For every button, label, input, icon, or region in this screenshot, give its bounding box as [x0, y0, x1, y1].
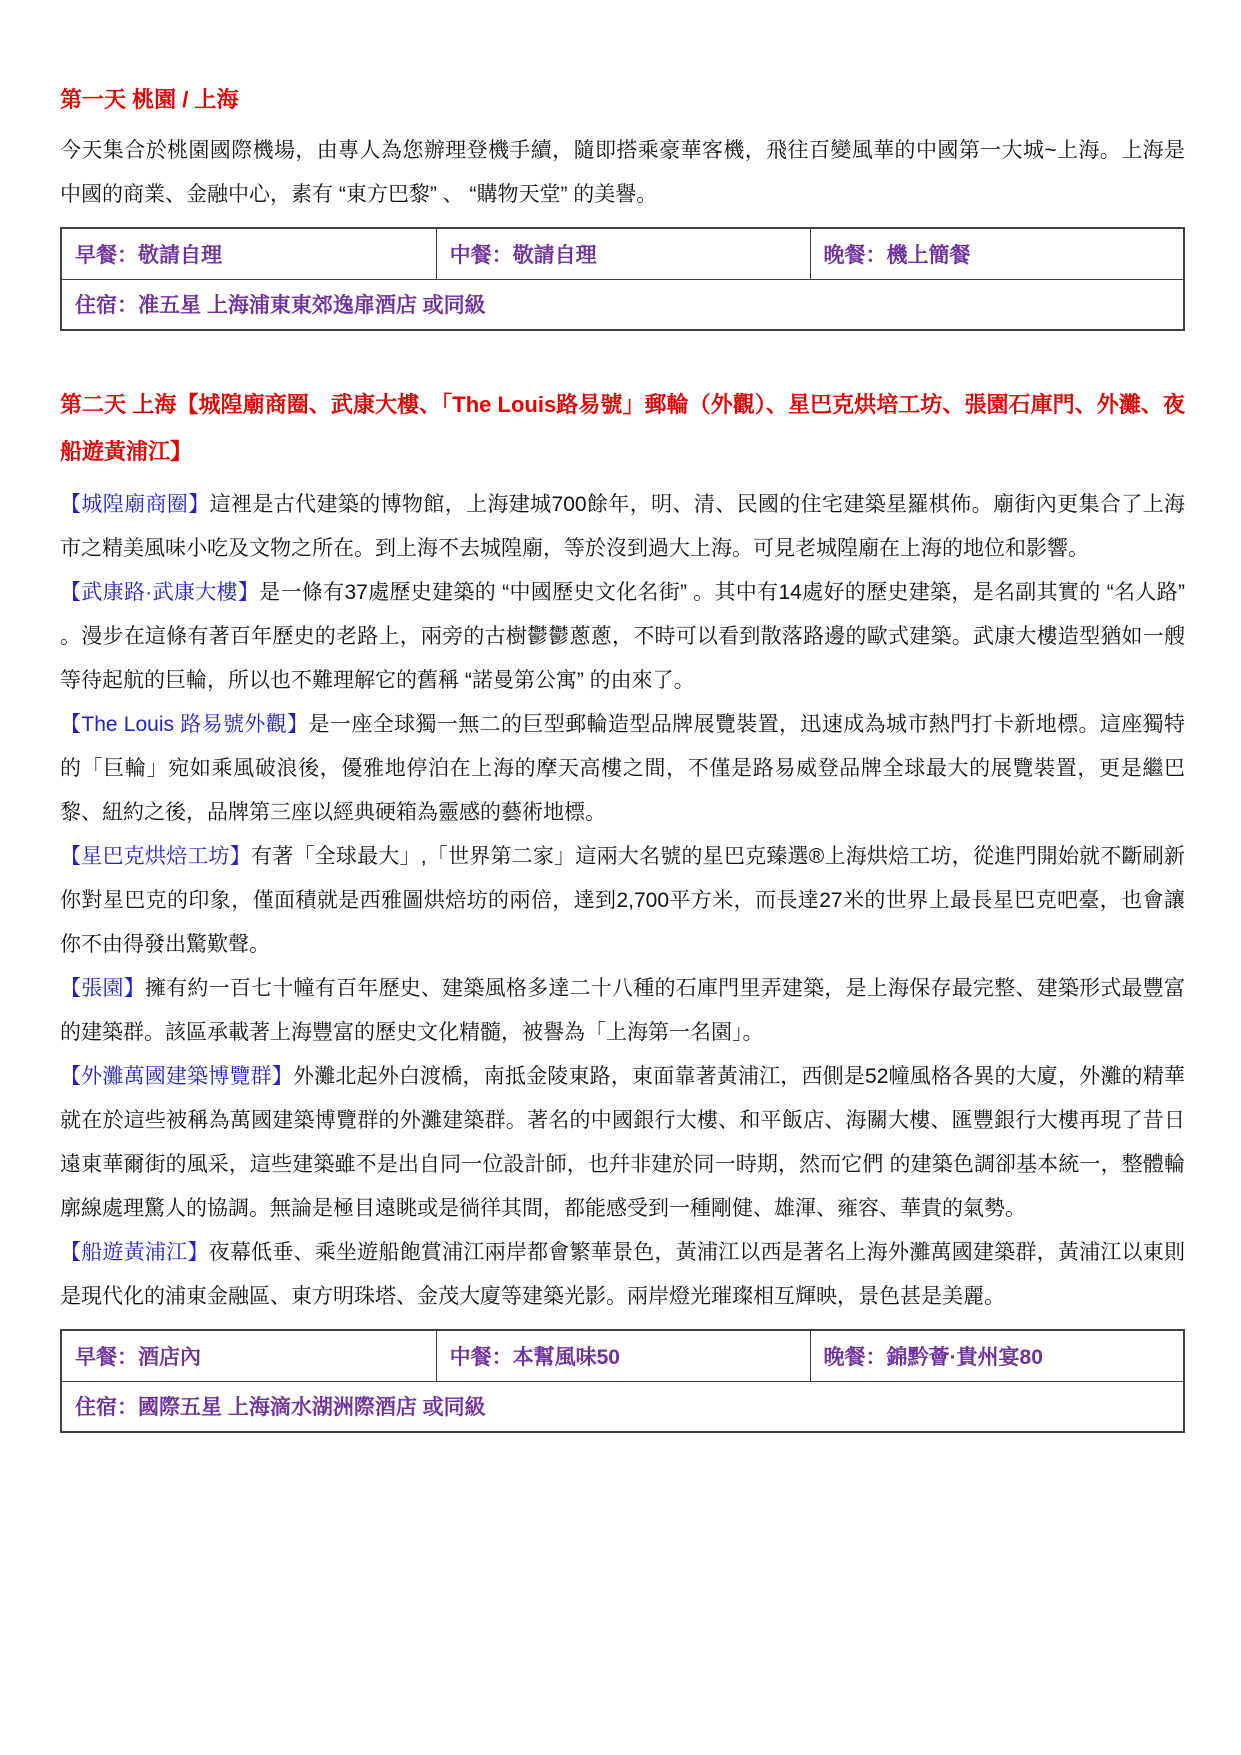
- day1-dinner-cell: 晚餐：機上簡餐: [810, 228, 1184, 279]
- section-huangpu-cruise-text: 夜幕低垂、乘坐遊船飽賞浦江兩岸都會繁華景色，黃浦江以西是著名上海外灘萬國建築群，…: [60, 1241, 1185, 1308]
- section-starbucks: 【星巴克烘焙工坊】有著「全球最大」,「世界第二家」這兩大名號的星巴克臻選®上海烘…: [60, 835, 1185, 967]
- day2-hotel-cell: 住宿：國際五星 上海滴水湖洲際酒店 或同級: [61, 1381, 1184, 1432]
- section-zhangyuan-text: 擁有約一百七十幢有百年歷史、建築風格多達二十八種的石庫門里弄建築，是上海保存最完…: [60, 977, 1185, 1044]
- section-chenghuangmiao-label: 【城隍廟商圈】: [60, 493, 210, 516]
- section-chenghuangmiao-text: 這裡是古代建築的博物館，上海建城700餘年，明、清、民國的住宅建築星羅棋佈。廟街…: [60, 493, 1185, 560]
- section-bund: 【外灘萬國建築博覽群】外灘北起外白渡橋，南抵金陵東路，東面靠著黃浦江，西側是52…: [60, 1055, 1185, 1231]
- day2-breakfast-cell: 早餐：酒店內: [61, 1330, 436, 1381]
- day2-meal-table: 早餐：酒店內 中餐：本幫風味50 晚餐：錦黔薈·貴州宴80 住宿：國際五星 上海…: [60, 1329, 1185, 1433]
- section-huangpu-cruise-label: 【船遊黃浦江】: [60, 1241, 209, 1264]
- section-bund-label: 【外灘萬國建築博覽群】: [60, 1065, 293, 1088]
- day2-lunch-cell: 中餐：本幫風味50: [436, 1330, 810, 1381]
- day2-sections: 【城隍廟商圈】這裡是古代建築的博物館，上海建城700餘年，明、清、民國的住宅建築…: [60, 483, 1185, 1319]
- section-chenghuangmiao: 【城隍廟商圈】這裡是古代建築的博物館，上海建城700餘年，明、清、民國的住宅建築…: [60, 483, 1185, 571]
- section-wukang-label: 【武康路·武康大樓】: [60, 581, 259, 604]
- day2-hotel-row: 住宿：國際五星 上海滴水湖洲際酒店 或同級: [61, 1381, 1184, 1432]
- day1-hotel-cell: 住宿：准五星 上海浦東東郊逸扉酒店 或同級: [61, 279, 1184, 330]
- section-zhangyuan-label: 【張園】: [60, 977, 145, 1000]
- section-zhangyuan: 【張園】擁有約一百七十幢有百年歷史、建築風格多達二十八種的石庫門里弄建築，是上海…: [60, 967, 1185, 1055]
- section-bund-text: 外灘北起外白渡橋，南抵金陵東路，東面靠著黃浦江，西側是52幢風格各異的大廈，外灘…: [60, 1065, 1185, 1220]
- day1-hotel-row: 住宿：准五星 上海浦東東郊逸扉酒店 或同級: [61, 279, 1184, 330]
- day1-breakfast-cell: 早餐：敬請自理: [61, 228, 436, 279]
- day2-dinner-cell: 晚餐：錦黔薈·貴州宴80: [810, 1330, 1184, 1381]
- day2-title: 第二天 上海【城隍廟商圈、武康大樓、「The Louis路易號」郵輪（外觀）、星…: [60, 381, 1185, 475]
- day1-meal-table: 早餐：敬請自理 中餐：敬請自理 晚餐：機上簡餐 住宿：准五星 上海浦東東郊逸扉酒…: [60, 227, 1185, 331]
- section-huangpu-cruise: 【船遊黃浦江】夜幕低垂、乘坐遊船飽賞浦江兩岸都會繁華景色，黃浦江以西是著名上海外…: [60, 1231, 1185, 1319]
- itinerary-page: 第一天 桃園 / 上海 今天集合於桃園國際機場，由專人為您辦理登機手續，隨即搭乘…: [0, 0, 1241, 1755]
- day1-meals-row: 早餐：敬請自理 中餐：敬請自理 晚餐：機上簡餐: [61, 228, 1184, 279]
- section-the-louis-label: 【The Louis 路易號外觀】: [60, 713, 309, 736]
- section-starbucks-label: 【星巴克烘焙工坊】: [60, 845, 251, 868]
- section-the-louis: 【The Louis 路易號外觀】是一座全球獨一無二的巨型郵輪造型品牌展覽裝置，…: [60, 703, 1185, 835]
- section-wukang: 【武康路·武康大樓】是一條有37處歷史建築的 “中國歷史文化名街” 。其中有14…: [60, 571, 1185, 703]
- day1-title: 第一天 桃園 / 上海: [60, 76, 1185, 123]
- day1-description: 今天集合於桃園國際機場，由專人為您辦理登機手續，隨即搭乘豪華客機，飛往百變風華的…: [60, 129, 1185, 217]
- day2-meals-row: 早餐：酒店內 中餐：本幫風味50 晚餐：錦黔薈·貴州宴80: [61, 1330, 1184, 1381]
- day1-lunch-cell: 中餐：敬請自理: [436, 228, 810, 279]
